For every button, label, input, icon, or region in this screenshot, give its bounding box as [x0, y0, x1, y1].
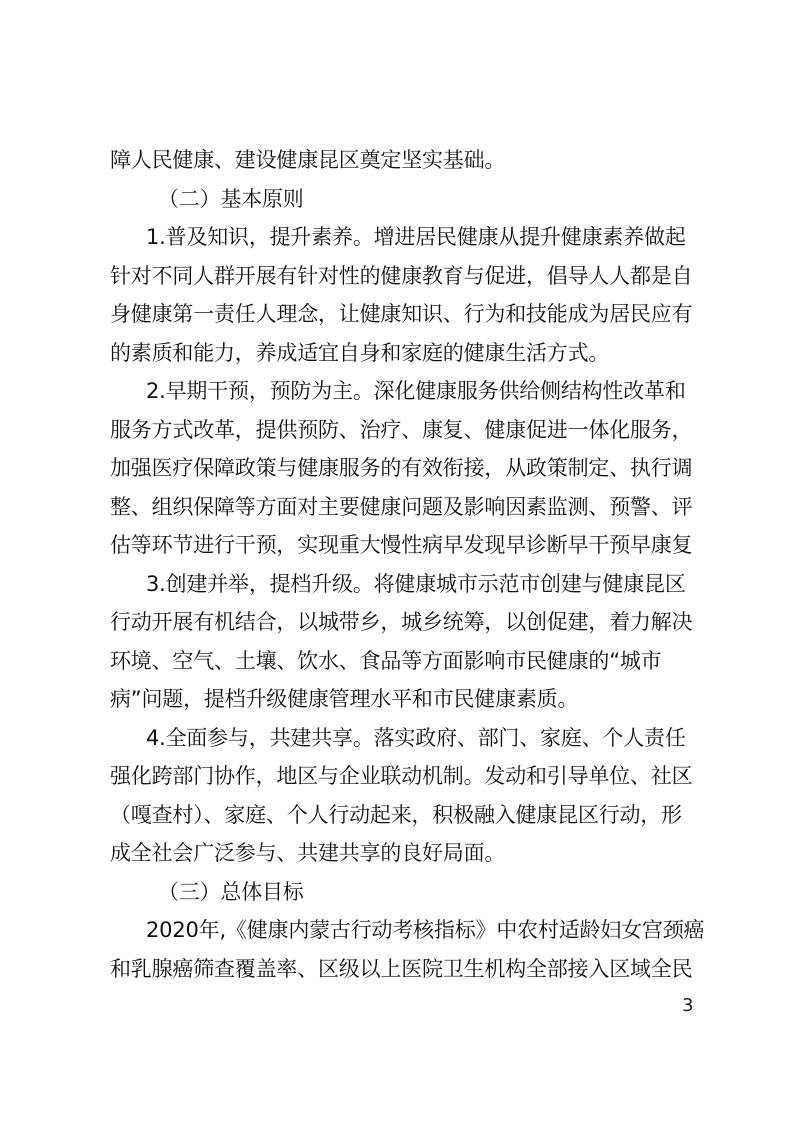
text-line: 3.创建并举，提档升级。将健康城市示范市创建与健康昆区 — [110, 565, 706, 604]
text-line: 成全社会广泛参与、共建共享的良好局面。 — [110, 834, 706, 873]
page-number: 3 — [682, 995, 693, 1016]
text-line: 加强医疗保障政策与健康服务的有效衔接，从政策制定、执行调 — [110, 449, 706, 488]
text-line: 的素质和能力，养成适宜自身和家庭的健康生活方式。 — [110, 334, 706, 373]
text-line: 服务方式改革，提供预防、治疗、康复、健康促进一体化服务， — [110, 411, 706, 450]
text-line: 障人民健康、建设健康昆区奠定坚实基础。 — [110, 141, 706, 180]
text-line: 环境、空气、土壤、饮水、食品等方面影响市民健康的“城市 — [110, 642, 706, 681]
text-line: 2020年,《健康内蒙古行动考核指标》中农村适龄妇女宫颈癌 — [110, 911, 706, 950]
text-line: 和乳腺癌筛查覆盖率、区级以上医院卫生机构全部接入区域全民 — [110, 950, 706, 989]
text-line: 估等环节进行干预，实现重大慢性病早发现早诊断早干预早康复 — [110, 526, 706, 565]
text-line: 整、组织保障等方面对主要健康问题及影响因素监测、预警、评 — [110, 488, 706, 527]
text-line: 4.全面参与，共建共享。落实政府、部门、家庭、个人责任 — [110, 719, 706, 758]
text-line: 行动开展有机结合，以城带乡，城乡统筹，以创促建，着力解决 — [110, 603, 706, 642]
body-text: 障人民健康、建设健康昆区奠定坚实基础。 （二）基本原则 1.普及知识，提升素养。… — [110, 141, 706, 988]
text-line: 身健康第一责任人理念，让健康知识、行为和技能成为居民应有 — [110, 295, 706, 334]
text-line: 2.早期干预，预防为主。深化健康服务供给侧结构性改革和 — [110, 372, 706, 411]
section-heading-overall-goals: （三）总体目标 — [110, 873, 706, 912]
document-page: 障人民健康、建设健康昆区奠定坚实基础。 （二）基本原则 1.普及知识，提升素养。… — [0, 0, 793, 1122]
text-line: （嘎查村）、家庭、个人行动起来，积极融入健康昆区行动，形 — [110, 796, 706, 835]
text-line: 病”问题，提档升级健康管理水平和市民健康素质。 — [110, 680, 706, 719]
section-heading-basic-principles: （二）基本原则 — [110, 180, 706, 219]
text-line: 1.普及知识，提升素养。增进居民健康从提升健康素养做起 — [110, 218, 706, 257]
text-line: 强化跨部门协作，地区与企业联动机制。发动和引导单位、社区 — [110, 757, 706, 796]
text-line: 针对不同人群开展有针对性的健康教育与促进，倡导人人都是自 — [110, 257, 706, 296]
